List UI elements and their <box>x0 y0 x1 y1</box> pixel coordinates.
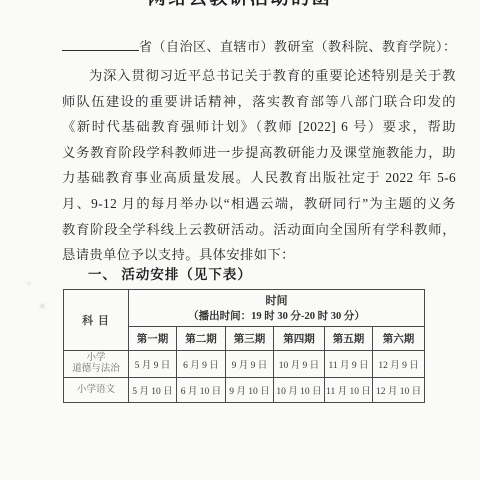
date-cell: 5 月 10 日 <box>129 378 177 403</box>
date-cell: 9 月 9 日 <box>226 351 274 378</box>
body-line: 《新时代基础教育强师计划》（教师 [2022] 6 号）要求，帮助 <box>62 114 456 140</box>
period-header: 第三期 <box>226 327 274 351</box>
date-cell: 12 月 9 日 <box>373 351 425 378</box>
table-header-row-time: 科 目 时间 （播出时间：19 时 30 分-20 时 30 分） <box>64 290 425 327</box>
period-header: 第五期 <box>325 327 373 351</box>
body-line: 恳请贵单位予以支持。具体安排如下： <box>62 242 456 268</box>
scan-artifact <box>40 304 45 308</box>
period-header: 第二期 <box>177 327 226 351</box>
body-line: 月、9-12 月的每月举办以“相遇云端，教研同行”为主题的义务 <box>62 191 456 217</box>
date-cell: 6 月 9 日 <box>177 351 226 378</box>
body-line: 为深入贯彻习近平总书记关于教育的重要论述特别是关于教 <box>62 63 456 89</box>
body-line: 教育阶段全学科线上云教研活动。活动面向全国所有学科教师， <box>62 217 456 243</box>
date-cell: 11 月 9 日 <box>325 351 373 378</box>
date-cell: 10 月 9 日 <box>274 351 325 378</box>
subject-cell: 小学 道德与法治 <box>64 351 129 378</box>
body-line: 师队伍建设的重要讲话精神，落实教育部等八部门联合印发的 <box>62 89 456 115</box>
document-title: 网络云教研活动的函 <box>0 0 480 7</box>
date-cell: 6 月 10 日 <box>177 378 226 403</box>
period-header: 第六期 <box>373 327 425 351</box>
body-paragraph: 为深入贯彻习近平总书记关于教育的重要论述特别是关于教 师队伍建设的重要讲话精神，… <box>62 63 456 268</box>
table-row: 小学语文 5 月 10 日 6 月 10 日 9 月 10 日 10 月 10 … <box>64 378 425 403</box>
section-heading-activity-schedule: 一、 活动安排（见下表） <box>88 266 252 283</box>
table-corner-header: 科 目 <box>64 290 129 351</box>
table-row: 小学 道德与法治 5 月 9 日 6 月 9 日 9 月 9 日 10 月 9 … <box>64 351 425 378</box>
scan-artifact <box>27 282 31 285</box>
subject-line: 小学语文 <box>65 385 127 396</box>
date-cell: 5 月 9 日 <box>129 351 177 378</box>
salutation-line: 省（自治区、直辖市）教研室（教科院、教育学院）： <box>62 38 460 56</box>
scanned-document-page: 网络云教研活动的函 省（自治区、直辖市）教研室（教科院、教育学院）： 为深入贯彻… <box>0 0 480 480</box>
date-cell: 11 月 10 日 <box>325 378 373 403</box>
period-header: 第四期 <box>274 327 325 351</box>
time-header-cell: 时间 （播出时间：19 时 30 分-20 时 30 分） <box>129 290 425 327</box>
subject-line: 道德与法治 <box>65 364 127 375</box>
activity-schedule-table: 科 目 时间 （播出时间：19 时 30 分-20 时 30 分） 第一期 第二… <box>63 289 425 403</box>
subject-line: 小学 <box>65 353 127 364</box>
salutation-text: 省（自治区、直辖市）教研室（教科院、教育学院）： <box>139 39 457 54</box>
broadcast-time-label: （播出时间：19 时 30 分-20 时 30 分） <box>130 309 423 324</box>
body-line: 力基础教育事业高质量发展。人民教育出版社定于 2022 年 5-6 <box>62 165 456 191</box>
period-header: 第一期 <box>129 327 177 351</box>
date-cell: 10 月 10 日 <box>274 378 325 403</box>
subject-cell: 小学语文 <box>64 378 129 403</box>
date-cell: 12 月 10 日 <box>373 378 425 403</box>
time-header-label: 时间 <box>130 293 423 309</box>
body-line: 义务教育阶段学科教师进一步提高教研能力及课堂施教能力，助 <box>62 140 456 166</box>
date-cell: 9 月 10 日 <box>226 378 274 403</box>
fill-in-blank-underline <box>62 38 139 51</box>
